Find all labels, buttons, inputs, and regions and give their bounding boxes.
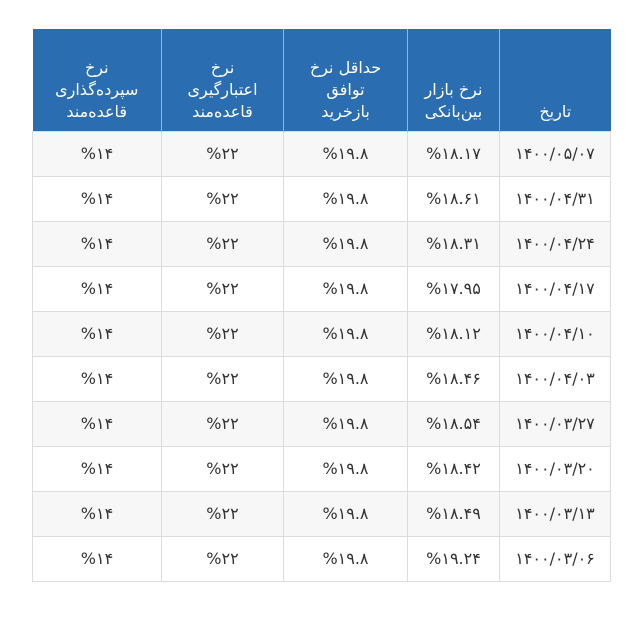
header-interbank-line-2: بین‌بانکی [414, 101, 493, 123]
cell-date: ۱۴۰۰/۰۴/۱۰ [500, 311, 611, 356]
cell-standing-deposit-rate: %۱۴ [33, 311, 162, 356]
table-row: ۱۴۰۰/۰۳/۱۳ %۱۸.۴۹ %۱۹.۸ %۲۲ %۱۴ [33, 491, 611, 536]
header-interbank-line-1: نرخ بازار [414, 79, 493, 101]
table-row: ۱۴۰۰/۰۴/۲۴ %۱۸.۳۱ %۱۹.۸ %۲۲ %۱۴ [33, 221, 611, 266]
cell-standing-deposit-rate: %۱۴ [33, 131, 162, 176]
cell-standing-lending-rate: %۲۲ [162, 401, 284, 446]
cell-interbank-rate: %۱۸.۵۴ [408, 401, 500, 446]
cell-date: ۱۴۰۰/۰۳/۰۶ [500, 536, 611, 581]
cell-standing-deposit-rate: %۱۴ [33, 266, 162, 311]
table-row: ۱۴۰۰/۰۴/۳۱ %۱۸.۶۱ %۱۹.۸ %۲۲ %۱۴ [33, 176, 611, 221]
header-repo-line-2: توافق [290, 79, 401, 101]
header-date: تاریخ [500, 29, 611, 131]
cell-standing-lending-rate: %۲۲ [162, 176, 284, 221]
cell-interbank-rate: %۱۹.۲۴ [408, 536, 500, 581]
cell-standing-deposit-rate: %۱۴ [33, 536, 162, 581]
cell-standing-lending-rate: %۲۲ [162, 131, 284, 176]
cell-standing-deposit-rate: %۱۴ [33, 221, 162, 266]
header-lending-line-3: قاعده‌مند [168, 101, 277, 123]
cell-date: ۱۴۰۰/۰۵/۰۷ [500, 131, 611, 176]
cell-interbank-rate: %۱۸.۴۶ [408, 356, 500, 401]
cell-standing-deposit-rate: %۱۴ [33, 356, 162, 401]
cell-interbank-rate: %۱۸.۱۷ [408, 131, 500, 176]
cell-min-repo-rate: %۱۹.۸ [284, 131, 408, 176]
cell-min-repo-rate: %۱۹.۸ [284, 536, 408, 581]
table-row: ۱۴۰۰/۰۴/۱۰ %۱۸.۱۲ %۱۹.۸ %۲۲ %۱۴ [33, 311, 611, 356]
header-lending-line-1: نرخ [168, 57, 277, 79]
cell-min-repo-rate: %۱۹.۸ [284, 446, 408, 491]
cell-standing-deposit-rate: %۱۴ [33, 446, 162, 491]
header-deposit-line-2: سپرده‌گذاری [39, 79, 156, 101]
cell-standing-deposit-rate: %۱۴ [33, 491, 162, 536]
cell-standing-lending-rate: %۲۲ [162, 356, 284, 401]
cell-date: ۱۴۰۰/۰۴/۳۱ [500, 176, 611, 221]
cell-date: ۱۴۰۰/۰۴/۱۷ [500, 266, 611, 311]
cell-interbank-rate: %۱۸.۴۲ [408, 446, 500, 491]
table-header-row: تاریخ نرخ بازار بین‌بانکی حداقل نرخ تواف… [33, 29, 611, 131]
cell-standing-deposit-rate: %۱۴ [33, 401, 162, 446]
table-row: ۱۴۰۰/۰۳/۰۶ %۱۹.۲۴ %۱۹.۸ %۲۲ %۱۴ [33, 536, 611, 581]
cell-standing-lending-rate: %۲۲ [162, 311, 284, 356]
header-date-line: تاریخ [506, 101, 605, 123]
header-standing-deposit-rate: نرخ سپرده‌گذاری قاعده‌مند [33, 29, 162, 131]
cell-standing-lending-rate: %۲۲ [162, 491, 284, 536]
rates-table-container: تاریخ نرخ بازار بین‌بانکی حداقل نرخ تواف… [32, 29, 610, 582]
table-row: ۱۴۰۰/۰۴/۱۷ %۱۷.۹۵ %۱۹.۸ %۲۲ %۱۴ [33, 266, 611, 311]
header-lending-line-2: اعتبارگیری [168, 79, 277, 101]
interest-rates-table: تاریخ نرخ بازار بین‌بانکی حداقل نرخ تواف… [32, 29, 611, 582]
table-row: ۱۴۰۰/۰۳/۲۷ %۱۸.۵۴ %۱۹.۸ %۲۲ %۱۴ [33, 401, 611, 446]
header-standing-lending-rate: نرخ اعتبارگیری قاعده‌مند [162, 29, 284, 131]
table-row: ۱۴۰۰/۰۵/۰۷ %۱۸.۱۷ %۱۹.۸ %۲۲ %۱۴ [33, 131, 611, 176]
header-interbank-rate: نرخ بازار بین‌بانکی [408, 29, 500, 131]
table-row: ۱۴۰۰/۰۴/۰۳ %۱۸.۴۶ %۱۹.۸ %۲۲ %۱۴ [33, 356, 611, 401]
cell-min-repo-rate: %۱۹.۸ [284, 311, 408, 356]
cell-min-repo-rate: %۱۹.۸ [284, 176, 408, 221]
cell-date: ۱۴۰۰/۰۴/۲۴ [500, 221, 611, 266]
cell-standing-lending-rate: %۲۲ [162, 266, 284, 311]
cell-date: ۱۴۰۰/۰۴/۰۳ [500, 356, 611, 401]
header-deposit-line-1: نرخ [39, 57, 156, 79]
cell-date: ۱۴۰۰/۰۳/۱۳ [500, 491, 611, 536]
cell-standing-lending-rate: %۲۲ [162, 446, 284, 491]
cell-min-repo-rate: %۱۹.۸ [284, 356, 408, 401]
cell-interbank-rate: %۱۸.۳۱ [408, 221, 500, 266]
cell-date: ۱۴۰۰/۰۳/۲۷ [500, 401, 611, 446]
cell-min-repo-rate: %۱۹.۸ [284, 266, 408, 311]
header-deposit-line-3: قاعده‌مند [39, 101, 156, 123]
cell-interbank-rate: %۱۸.۴۹ [408, 491, 500, 536]
header-repo-line-3: بازخرید [290, 101, 401, 123]
cell-standing-deposit-rate: %۱۴ [33, 176, 162, 221]
cell-interbank-rate: %۱۸.۱۲ [408, 311, 500, 356]
table-row: ۱۴۰۰/۰۳/۲۰ %۱۸.۴۲ %۱۹.۸ %۲۲ %۱۴ [33, 446, 611, 491]
cell-interbank-rate: %۱۷.۹۵ [408, 266, 500, 311]
cell-interbank-rate: %۱۸.۶۱ [408, 176, 500, 221]
cell-min-repo-rate: %۱۹.۸ [284, 491, 408, 536]
cell-date: ۱۴۰۰/۰۳/۲۰ [500, 446, 611, 491]
cell-min-repo-rate: %۱۹.۸ [284, 401, 408, 446]
cell-min-repo-rate: %۱۹.۸ [284, 221, 408, 266]
cell-standing-lending-rate: %۲۲ [162, 221, 284, 266]
header-repo-line-1: حداقل نرخ [290, 57, 401, 79]
cell-standing-lending-rate: %۲۲ [162, 536, 284, 581]
header-min-repo-rate: حداقل نرخ توافق بازخرید [284, 29, 408, 131]
